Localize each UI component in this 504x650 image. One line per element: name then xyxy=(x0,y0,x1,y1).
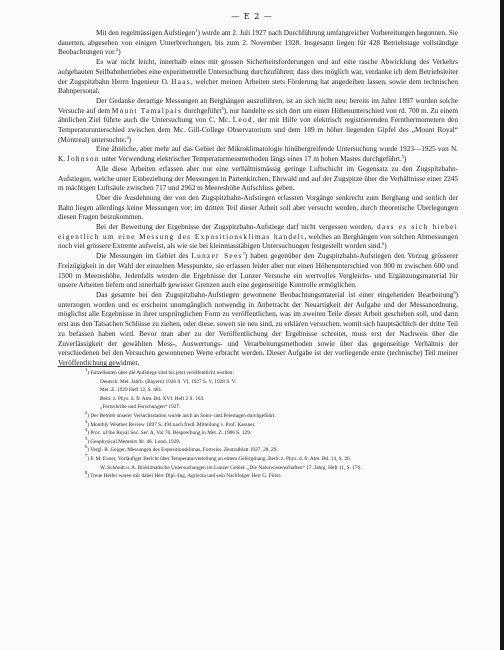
footnote-8: 8) Treue Helfer waren mir dabei Herr Dip… xyxy=(85,472,445,481)
footnote-2: 2) Der Betrieb unserer Versuchsstation w… xyxy=(85,412,445,421)
footnote-1-ref-c: Beitr. z. Phys. d. fr. Atm. Bd. XVI. Hef… xyxy=(85,395,445,404)
paragraph-9: Das gesamte bei den Zugspitzbahn-Aufstie… xyxy=(58,291,458,369)
footnote-1: 1) Einzelheiten über die Aufstiege sind … xyxy=(85,369,445,378)
footnote-7-ref-b: W. Schmidt u. A. Bioklimatische Untersuc… xyxy=(85,464,445,473)
paragraph-7: Bei der Bewertung der Ergebnisse der Zug… xyxy=(58,223,458,252)
footnote-7: 7) F. M. Exner, Vorläufiger Bericht über… xyxy=(85,455,445,464)
paragraph-8: Die Messungen im Gebiet des Lunzer Sees7… xyxy=(58,252,458,291)
footnote-6: 6) Vergl. R. Geiger, Messungen des Expos… xyxy=(85,446,445,455)
footnote-4: 4) Proc. of the Royal Soc. Ser. A, Vol 7… xyxy=(85,429,445,438)
footnote-3: 3) Monthly Weather Review 1897 S. 494 na… xyxy=(85,421,445,430)
page-number-header: — E 2 — xyxy=(0,12,504,21)
paragraph-3: Der Gedanke derartige Messungen an Bergh… xyxy=(58,97,458,146)
footnote-1-ref-a: Deutsch. Met. Jahrb. (Bayern) 1926 S. VI… xyxy=(85,378,445,387)
footnote-5: 5) Geophysical Memoirs Nr. 46. Lond. 192… xyxy=(85,438,445,447)
paragraph-4: Eine ähnliche, aber mehr auf das Gebiet … xyxy=(58,145,458,164)
footnotes: 1) Einzelheiten über die Aufstiege sind … xyxy=(85,369,445,481)
footnote-divider xyxy=(58,366,120,367)
scan-edge-border xyxy=(500,0,504,650)
paragraph-1: Mit den regelmässigen Aufstiegen1) wurde… xyxy=(58,29,458,58)
footnote-1-ref-d: „Fortschritte und Forschungen“ 1927. xyxy=(85,403,445,412)
body-text: Mit den regelmässigen Aufstiegen1) wurde… xyxy=(58,29,458,369)
footnote-1-ref-b: Met. Z. 1929 Heft 12, S. 481. xyxy=(85,386,445,395)
paragraph-5: Alle diese Arbeiten erfassen aber nur ei… xyxy=(58,165,458,194)
paragraph-6: Über die Ausdehnung der von den Zugspitz… xyxy=(58,194,458,223)
paragraph-2: Es war nicht leicht, innerhalb eines mit… xyxy=(58,58,458,97)
